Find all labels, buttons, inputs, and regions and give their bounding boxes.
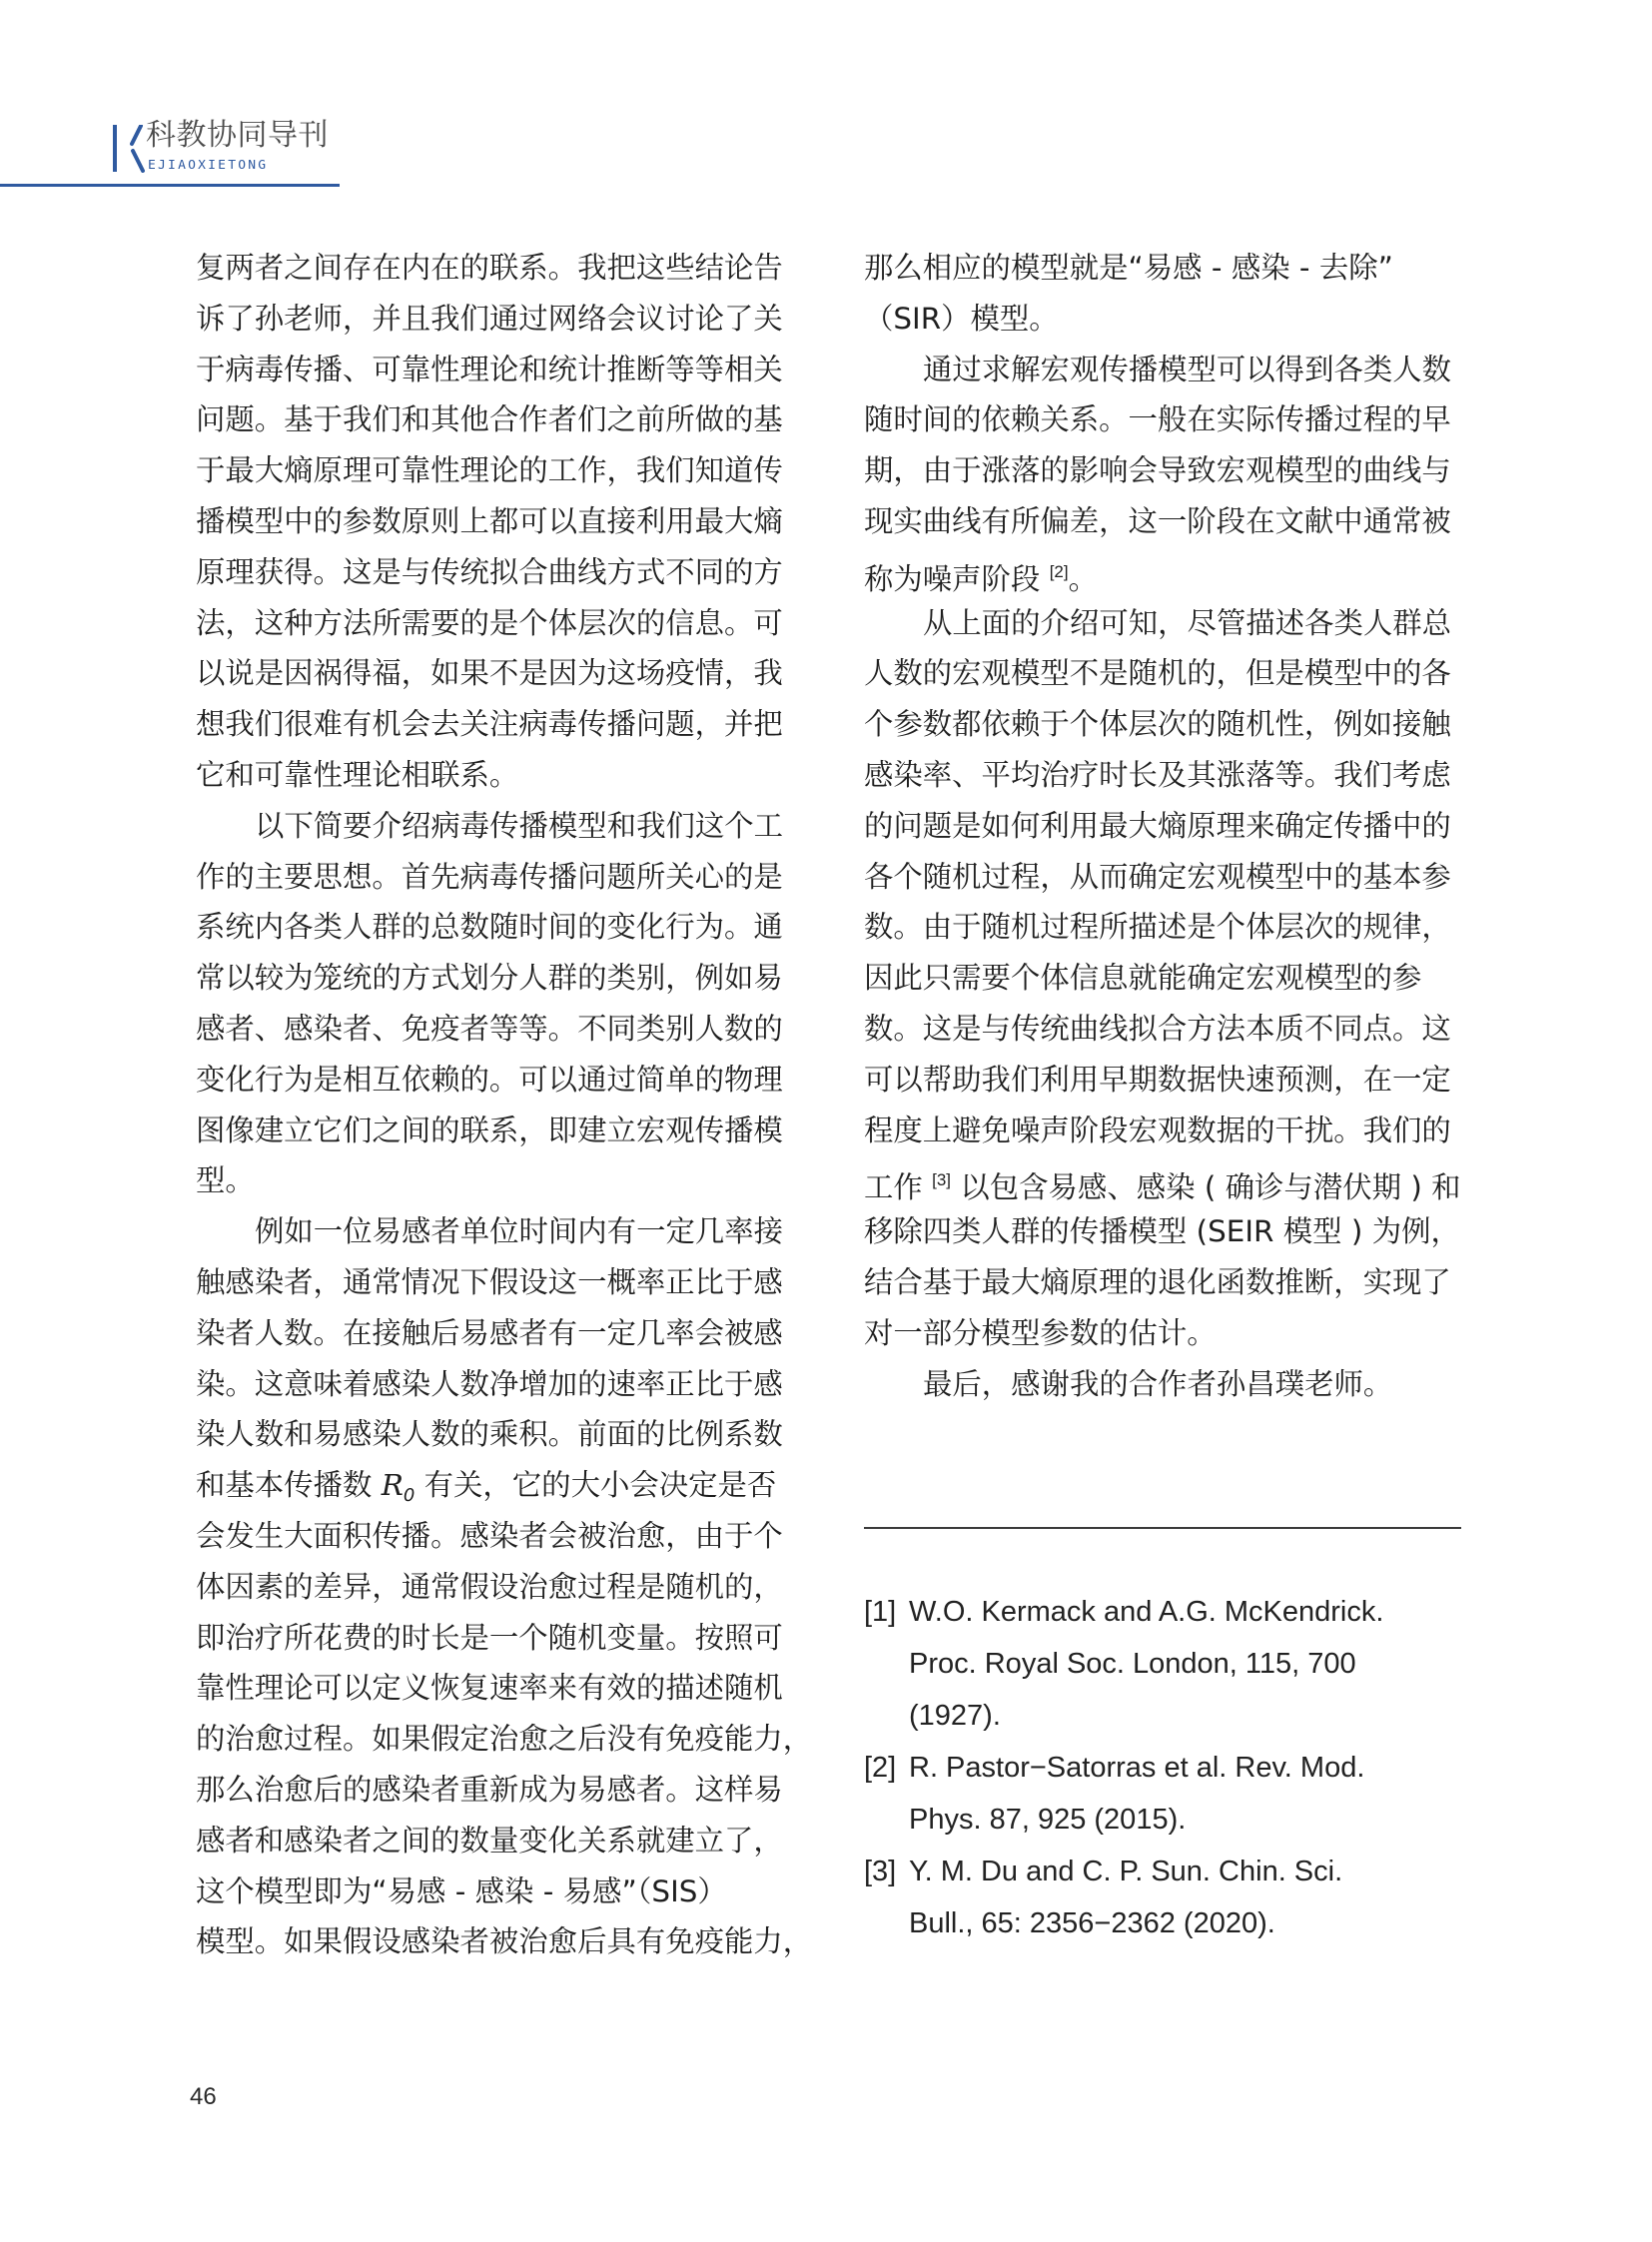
text-line: 复两者之间存在内在的联系。我把这些结论告 — [196, 248, 795, 299]
masthead-rule — [0, 184, 340, 187]
text-line: 对一部分模型参数的估计。 — [864, 1313, 1463, 1364]
acknowledgement-line: 最后，感谢我的合作者孙昌璞老师。 — [864, 1364, 1463, 1415]
text-line: 常以较为笼统的方式划分人群的类别，例如易 — [196, 958, 795, 1009]
text-line: 型。 — [196, 1160, 795, 1211]
text-line-tail: 以包含易感、感染 ( 确诊与潜伏期 ) 和 — [951, 1170, 1461, 1204]
text-line: 变化行为是相互依赖的。可以通过简单的物理 — [196, 1060, 795, 1111]
text-line-head: 工作 — [864, 1170, 932, 1204]
text-line: 体因素的差异，通常假设治愈过程是随机的， — [196, 1567, 795, 1618]
reference-text-line: Bull., 65: 2356−2362 (2020). — [909, 1903, 1483, 1955]
reference-label: [3] — [864, 1852, 896, 1891]
text-line: 因此只需要个体信息就能确定宏观模型的参 — [864, 958, 1463, 1009]
text-line: 系统内各类人群的总数随时间的变化行为。通 — [196, 907, 795, 958]
text-line-head: 和基本传播数 — [196, 1468, 382, 1502]
journal-masthead: 科教协同导刊 EJIAOXIETONG — [0, 110, 360, 192]
text-line: 靠性理论可以定义恢复速率来有效的描述随机 — [196, 1668, 795, 1719]
reference-text-line: R. Pastor−Satorras et al. Rev. Mod. — [909, 1748, 1483, 1800]
text-line-cite: 称为噪声阶段 [2]。 — [864, 552, 1463, 603]
text-line: 个参数都依赖于个体层次的随机性，例如接触 — [864, 704, 1463, 755]
text-line: （SIR）模型。 — [864, 299, 1463, 350]
paragraph-start-line: 以下简要介绍病毒传播模型和我们这个工 — [196, 806, 795, 857]
text-line-tail: 有关，它的大小会决定是否 — [414, 1468, 776, 1502]
text-line: 于最大熵原理可靠性理论的工作，我们知道传 — [196, 450, 795, 501]
text-line: 的问题是如何利用最大熵原理来确定传播中的 — [864, 806, 1463, 857]
text-line: 各个随机过程，从而确定宏观模型中的基本参 — [864, 857, 1463, 908]
paragraph-start-line: 通过求解宏观传播模型可以得到各类人数 — [864, 350, 1463, 400]
text-line-r0: 和基本传播数 R0 有关，它的大小会决定是否 — [196, 1465, 795, 1516]
text-line: 人数的宏观模型不是随机的，但是模型中的各 — [864, 653, 1463, 704]
text-line: 法，这种方法所需要的是个体层次的信息。可 — [196, 603, 795, 654]
text-line: 移除四类人群的传播模型 (SEIR 模型 ) 为例， — [864, 1211, 1463, 1262]
references-divider — [864, 1527, 1461, 1529]
r0-subscript: 0 — [404, 1485, 414, 1506]
text-line: 诉了孙老师，并且我们通过网络会议讨论了关 — [196, 299, 795, 350]
references-list: [1] W.O. Kermack and A.G. McKendrick. Pr… — [864, 1592, 1483, 1955]
text-line: 即治疗所花费的时长是一个随机变量。按照可 — [196, 1618, 795, 1669]
reference-text-line: Proc. Royal Soc. London, 115, 700 — [909, 1644, 1483, 1696]
text-line: 数。这是与传统曲线拟合方法本质不同点。这 — [864, 1009, 1463, 1060]
reference-item-3: [3] Y. M. Du and C. P. Sun. Chin. Sci. B… — [864, 1852, 1483, 1955]
text-line: 感染率、平均治疗时长及其涨落等。我们考虑 — [864, 755, 1463, 806]
text-line: 程度上避免噪声阶段宏观数据的干扰。我们的 — [864, 1111, 1463, 1161]
left-column: 复两者之间存在内在的联系。我把这些结论告 诉了孙老师，并且我们通过网络会议讨论了… — [196, 248, 795, 1972]
text-line-head: 称为噪声阶段 — [864, 562, 1050, 596]
reference-label: [1] — [864, 1592, 896, 1632]
r0-symbol: R — [382, 1468, 404, 1502]
text-line-cite: 工作 [3] 以包含易感、感染 ( 确诊与潜伏期 ) 和 — [864, 1160, 1463, 1211]
reference-text-line: Y. M. Du and C. P. Sun. Chin. Sci. — [909, 1852, 1483, 1903]
text-line: 播模型中的参数原则上都可以直接利用最大熵 — [196, 501, 795, 552]
text-line: 触感染者，通常情况下假设这一概率正比于感 — [196, 1262, 795, 1313]
text-line: 随时间的依赖关系。一般在实际传播过程的早 — [864, 399, 1463, 450]
text-line: 会发生大面积传播。感染者会被治愈，由于个 — [196, 1516, 795, 1567]
reference-text-line: W.O. Kermack and A.G. McKendrick. — [909, 1592, 1483, 1644]
page-number: 46 — [190, 2083, 217, 2111]
text-line: 染者人数。在接触后易感者有一定几率会被感 — [196, 1313, 795, 1364]
text-line: 期，由于涨落的影响会导致宏观模型的曲线与 — [864, 450, 1463, 501]
journal-title: 科教协同导刊 — [146, 119, 329, 153]
text-line: 数。由于随机过程所描述是个体层次的规律， — [864, 907, 1463, 958]
text-line: 那么相应的模型就是“易感 - 感染 - 去除” — [864, 248, 1463, 299]
text-line: 原理获得。这是与传统拟合曲线方式不同的方 — [196, 552, 795, 603]
reference-text-line: Phys. 87, 925 (2015). — [909, 1800, 1483, 1852]
reference-item-1: [1] W.O. Kermack and A.G. McKendrick. Pr… — [864, 1592, 1483, 1748]
text-line: 想我们很难有机会去关注病毒传播问题，并把 — [196, 704, 795, 755]
text-line: 模型。如果假设感染者被治愈后具有免疫能力， — [196, 1921, 795, 1972]
text-line: 作的主要思想。首先病毒传播问题所关心的是 — [196, 857, 795, 908]
text-line: 图像建立它们之间的联系，即建立宏观传播模 — [196, 1111, 795, 1161]
journal-logo-k-icon — [112, 125, 148, 173]
reference-label: [2] — [864, 1748, 896, 1788]
text-line: 染。这意味着感染人数净增加的速率正比于感 — [196, 1364, 795, 1415]
citation-2-link[interactable]: [2] — [1050, 562, 1069, 581]
text-line: 现实曲线有所偏差，这一阶段在文献中通常被 — [864, 501, 1463, 552]
text-line: 以说是因祸得福，如果不是因为这场疫情，我 — [196, 653, 795, 704]
reference-text-line: (1927). — [909, 1696, 1483, 1748]
text-line: 问题。基于我们和其他合作者们之前所做的基 — [196, 399, 795, 450]
paragraph-start-line: 例如一位易感者单位时间内有一定几率接 — [196, 1211, 795, 1262]
right-column: 那么相应的模型就是“易感 - 感染 - 去除” （SIR）模型。 通过求解宏观传… — [864, 248, 1463, 1414]
reference-item-2: [2] R. Pastor−Satorras et al. Rev. Mod. … — [864, 1748, 1483, 1852]
text-line: 于病毒传播、可靠性理论和统计推断等等相关 — [196, 350, 795, 400]
citation-3-link[interactable]: [3] — [932, 1170, 951, 1189]
text-line: 它和可靠性理论相联系。 — [196, 755, 795, 806]
text-line: 的治愈过程。如果假定治愈之后没有免疫能力， — [196, 1719, 795, 1770]
journal-subtitle: EJIAOXIETONG — [148, 159, 268, 172]
text-line: 染人数和易感染人数的乘积。前面的比例系数 — [196, 1414, 795, 1465]
text-line: 感者和感染者之间的数量变化关系就建立了， — [196, 1821, 795, 1871]
text-line-tail: 。 — [1069, 562, 1098, 596]
paragraph-start-line: 从上面的介绍可知，尽管描述各类人群总 — [864, 603, 1463, 654]
text-line: 感者、感染者、免疫者等等。不同类别人数的 — [196, 1009, 795, 1060]
text-line: 这个模型即为“易感 - 感染 - 易感”（SIS） — [196, 1871, 795, 1922]
text-line: 可以帮助我们利用早期数据快速预测，在一定 — [864, 1060, 1463, 1111]
text-line: 那么治愈后的感染者重新成为易感者。这样易 — [196, 1770, 795, 1821]
text-line: 结合基于最大熵原理的退化函数推断，实现了 — [864, 1262, 1463, 1313]
